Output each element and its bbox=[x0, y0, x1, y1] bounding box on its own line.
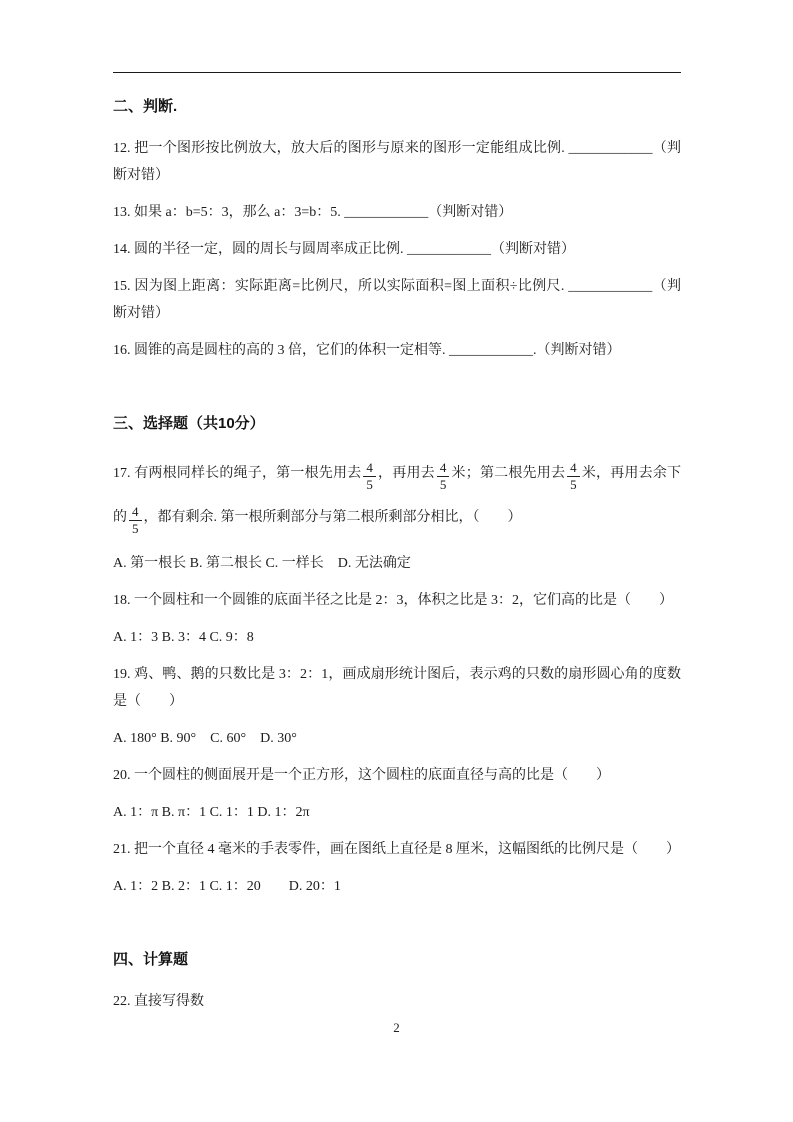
question-22: 22. 直接写得数 bbox=[113, 988, 681, 1015]
page-number: 2 bbox=[0, 1020, 793, 1036]
question-20-options: A. 1：π B. π：1 C. 1：1 D. 1：2π bbox=[113, 799, 681, 826]
question-17-text-3: 米；第二根先用去 bbox=[451, 466, 565, 481]
page-content: 二、判断. 12. 把一个图形按比例放大，放大后的图形与原来的图形一定能组成比例… bbox=[113, 72, 681, 1025]
question-16: 16. 圆锥的高是圆柱的高的 3 倍，它们的体积一定相等. __________… bbox=[113, 337, 681, 364]
exam-page: 二、判断. 12. 把一个图形按比例放大，放大后的图形与原来的图形一定能组成比例… bbox=[0, 0, 793, 1122]
question-19-options: A. 180° B. 90° C. 60° D. 30° bbox=[113, 725, 681, 752]
fraction-four-fifths: 45 bbox=[363, 461, 376, 491]
fraction-numerator: 4 bbox=[567, 461, 580, 477]
question-15: 15. 因为图上距离：实际距离=比例尺，所以实际面积=图上面积÷比例尺. ___… bbox=[113, 273, 681, 327]
fraction-numerator: 4 bbox=[363, 461, 376, 477]
fraction-denominator: 5 bbox=[437, 477, 450, 492]
question-21-options: A. 1：2 B. 2：1 C. 1：20 D. 20：1 bbox=[113, 873, 681, 900]
question-17-text-1: 17. 有两根同样长的绳子，第一根先用去 bbox=[113, 466, 361, 481]
fraction-denominator: 5 bbox=[363, 477, 376, 492]
fraction-denominator: 5 bbox=[567, 477, 580, 492]
question-17-text-5: ，都有剩余. 第一根所剩部分与第二根所剩部分相比，（ ） bbox=[144, 510, 522, 525]
question-13: 13. 如果 a：b=5：3，那么 a：3=b：5. ____________（… bbox=[113, 199, 681, 226]
section-choice-heading: 三、选择题（共10分） bbox=[113, 412, 681, 436]
question-17-text-2: ，再用去 bbox=[378, 466, 435, 481]
question-21: 21. 把一个直径 4 毫米的手表零件，画在图纸上直径是 8 厘米，这幅图纸的比… bbox=[113, 836, 681, 863]
fraction-denominator: 5 bbox=[129, 521, 142, 536]
fraction-numerator: 4 bbox=[437, 461, 450, 477]
fraction-four-fifths: 45 bbox=[437, 461, 450, 491]
fraction-four-fifths: 45 bbox=[129, 505, 142, 535]
question-17-options: A. 第一根长 B. 第二根长 C. 一样长 D. 无法确定 bbox=[113, 550, 681, 577]
question-18: 18. 一个圆柱和一个圆锥的底面半径之比是 2：3，体积之比是 3：2，它们高的… bbox=[113, 587, 681, 614]
fraction-numerator: 4 bbox=[129, 505, 142, 521]
header-rule bbox=[113, 72, 681, 73]
question-19: 19. 鸡、鸭、鹅的只数比是 3：2：1，画成扇形统计图后，表示鸡的只数的扇形圆… bbox=[113, 661, 681, 715]
question-18-options: A. 1：3 B. 3：4 C. 9：8 bbox=[113, 624, 681, 651]
question-12: 12. 把一个图形按比例放大，放大后的图形与原来的图形一定能组成比例. ____… bbox=[113, 135, 681, 189]
question-14: 14. 圆的半径一定，圆的周长与圆周率成正比例. ____________（判断… bbox=[113, 236, 681, 263]
section-calc-heading: 四、计算题 bbox=[113, 948, 681, 972]
question-20: 20. 一个圆柱的侧面展开是一个正方形，这个圆柱的底面直径与高的比是（ ） bbox=[113, 762, 681, 789]
section-judge-heading: 二、判断. bbox=[113, 95, 681, 119]
question-17: 17. 有两根同样长的绳子，第一根先用去45，再用去45米；第二根先用去45米，… bbox=[113, 452, 681, 540]
fraction-four-fifths: 45 bbox=[567, 461, 580, 491]
